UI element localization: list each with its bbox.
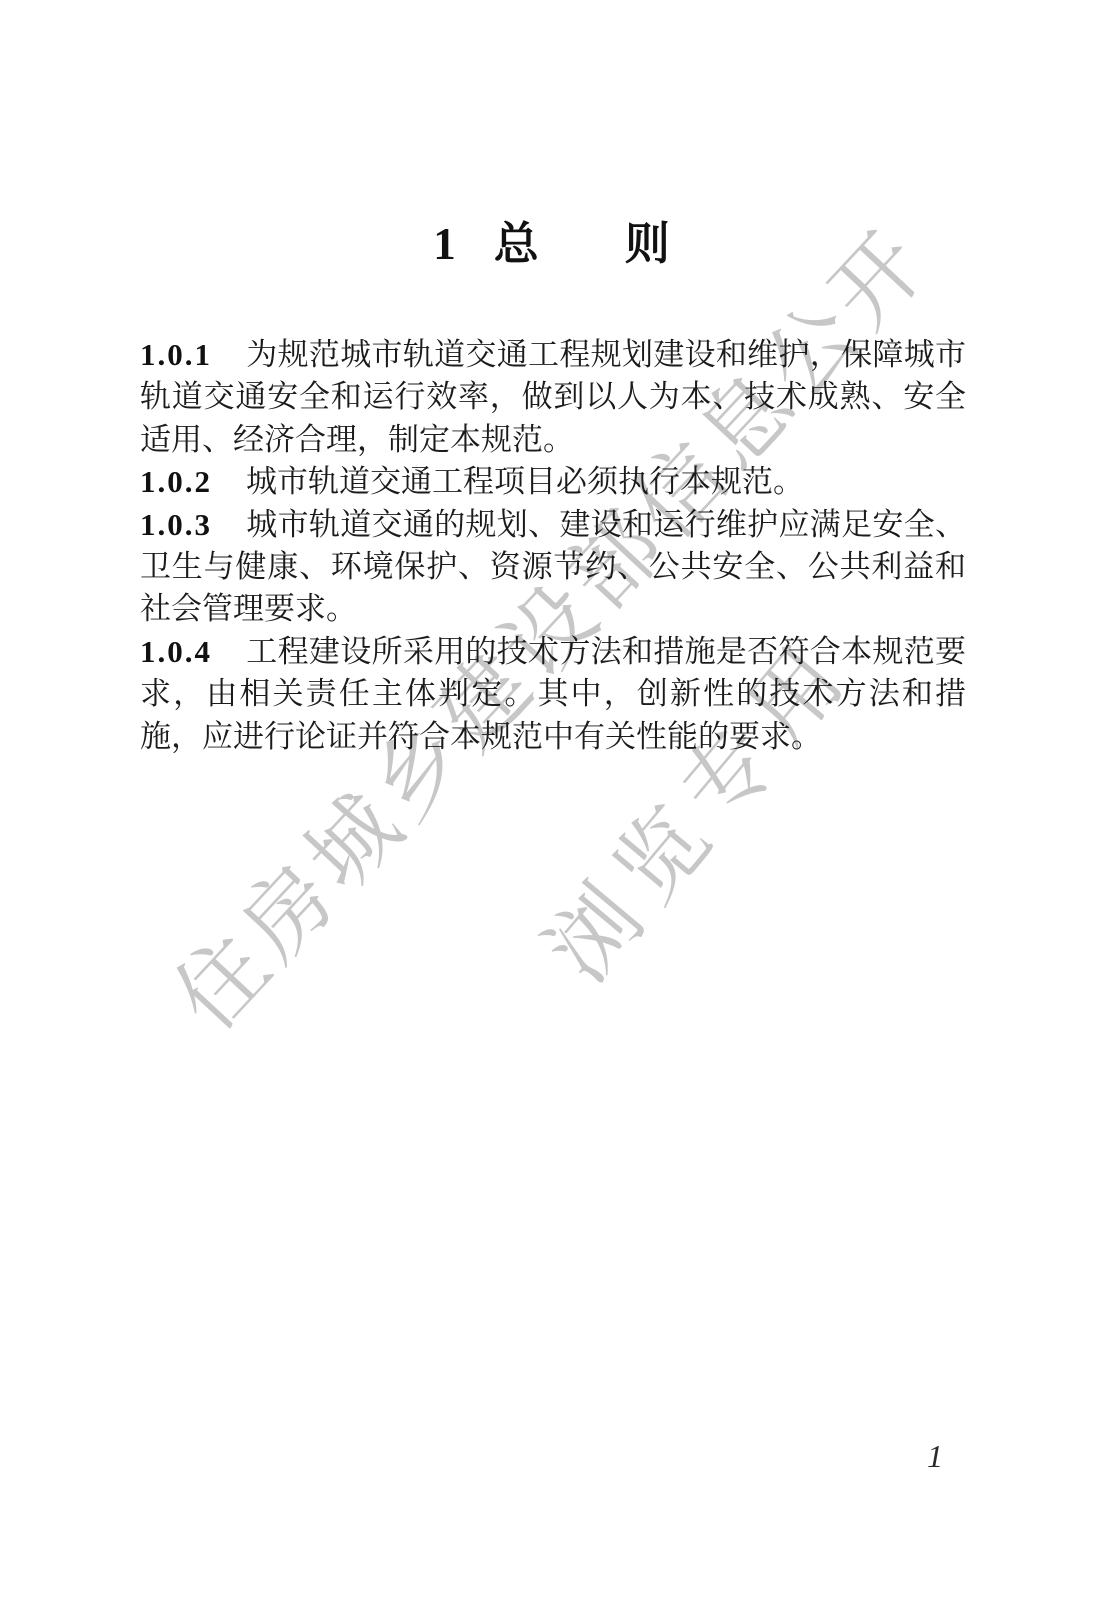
chapter-title-char-1: 总 <box>494 219 539 269</box>
clause-text: 工程建设所采用的技术方法和措施是否符合本规范要求，由相关责任主体判定。其中，创新… <box>140 634 966 754</box>
chapter-number: 1 <box>433 219 456 269</box>
chapter-title: 1总则 <box>0 207 1103 272</box>
page-number: 1 <box>905 1438 965 1475</box>
clause-1-0-4: 1.0.4工程建设所采用的技术方法和措施是否符合本规范要求，由相关责任主体判定。… <box>140 631 966 758</box>
clause-number: 1.0.4 <box>140 634 212 669</box>
clause-text: 为规范城市轨道交通工程规划建设和维护，保障城市轨道交通安全和运行效率，做到以人为… <box>140 337 966 457</box>
clause-1-0-3: 1.0.3城市轨道交通的规划、建设和运行维护应满足安全、卫生与健康、环境保护、资… <box>140 504 966 631</box>
clause-text: 城市轨道交通工程项目必须执行本规范。 <box>246 464 804 499</box>
clause-number: 1.0.1 <box>140 337 212 372</box>
clause-1-0-1: 1.0.1为规范城市轨道交通工程规划建设和维护，保障城市轨道交通安全和运行效率，… <box>140 334 966 461</box>
clause-number: 1.0.3 <box>140 507 212 542</box>
clause-list: 1.0.1为规范城市轨道交通工程规划建设和维护，保障城市轨道交通安全和运行效率，… <box>140 334 966 758</box>
content-layer: 1总则 1.0.1为规范城市轨道交通工程规划建设和维护，保障城市轨道交通安全和运… <box>0 0 1103 1597</box>
chapter-title-char-2: 则 <box>625 219 670 269</box>
clause-number: 1.0.2 <box>140 464 212 499</box>
document-page: 住房城乡建设部信息公开 浏览专用 1总则 1.0.1为规范城市轨道交通工程规划建… <box>0 0 1103 1597</box>
clause-text: 城市轨道交通的规划、建设和运行维护应满足安全、卫生与健康、环境保护、资源节约、公… <box>140 507 966 627</box>
clause-1-0-2: 1.0.2城市轨道交通工程项目必须执行本规范。 <box>140 461 966 503</box>
